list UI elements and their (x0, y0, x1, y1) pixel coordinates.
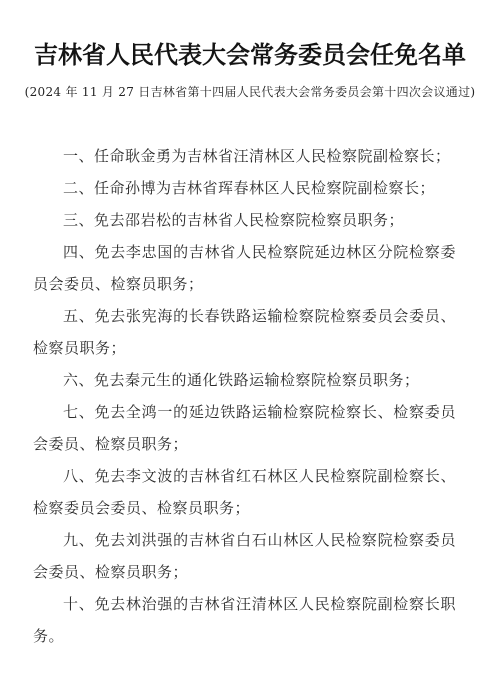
list-item-9: 九、免去刘洪强的吉林省白石山林区人民检察院检察委员会委员、检察员职务； (33, 524, 456, 588)
list-item-1: 一、任命耿金勇为吉林省汪清林区人民检察院副检察长； (33, 140, 456, 172)
document-body: 一、任命耿金勇为吉林省汪清林区人民检察院副检察长； 二、任命孙博为吉林省珲春林区… (33, 140, 456, 652)
document-subtitle: (2024 年 11 月 27 日吉林省第十四届人民代表大会常务委员会第十四次会… (20, 85, 480, 100)
list-item-2: 二、任命孙博为吉林省珲春林区人民检察院副检察长； (33, 172, 456, 204)
list-item-10: 十、免去林治强的吉林省汪清林区人民检察院副检察长职务。 (33, 588, 456, 652)
document-title: 吉林省人民代表大会常务委员会任免名单 (0, 38, 500, 72)
list-item-8: 八、免去李文波的吉林省红石林区人民检察院副检察长、检察委员会委员、检察员职务； (33, 460, 456, 524)
list-item-6: 六、免去秦元生的通化铁路运输检察院检察员职务； (33, 364, 456, 396)
list-item-7: 七、免去全鸿一的延边铁路运输检察院检察长、检察委员会委员、检察员职务； (33, 396, 456, 460)
list-item-3: 三、免去邵岩松的吉林省人民检察院检察员职务； (33, 204, 456, 236)
list-item-4: 四、免去李忠国的吉林省人民检察院延边林区分院检察委员会委员、检察员职务； (33, 236, 456, 300)
document-page: 吉林省人民代表大会常务委员会任免名单 (2024 年 11 月 27 日吉林省第… (0, 0, 500, 684)
list-item-5: 五、免去张宪海的长春铁路运输检察院检察委员会委员、检察员职务； (33, 300, 456, 364)
